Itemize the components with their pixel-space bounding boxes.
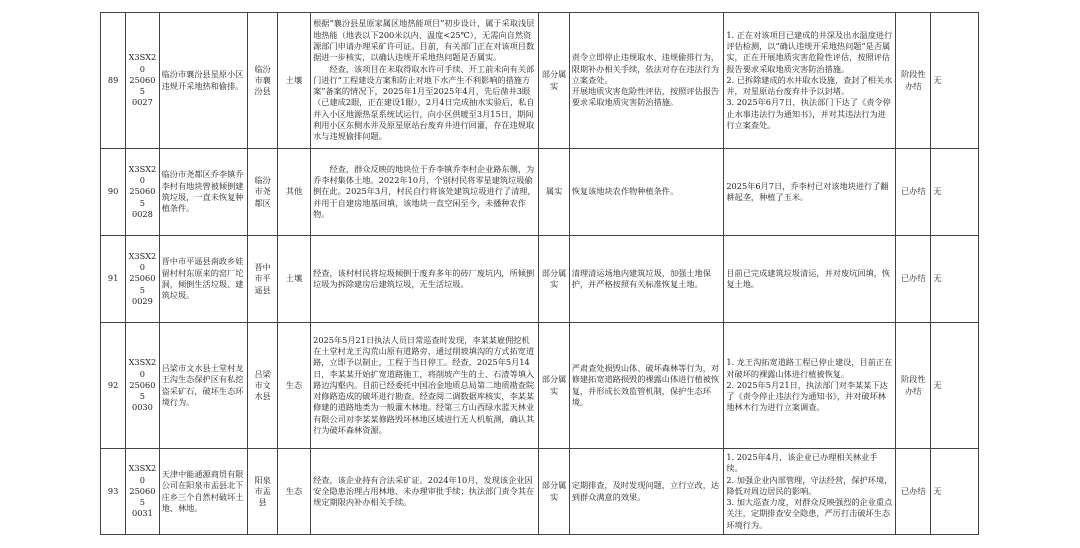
rectification-progress: 目前已完成建筑垃圾清运，并对废坑回填，恢复土地。 [724,236,896,323]
verdict: 部分属实 [539,236,569,323]
completion-status: 已办结 [896,236,931,323]
case-code: X3SX20 250605 0027 [126,13,159,149]
case-code: X3SX20 250605 0028 [126,149,159,236]
investigation-finding: 经查，该村村民将垃圾倾倒于废弃多年的砖厂废坑内，所倾倒垃圾为拆除建房后建筑垃圾，… [311,236,539,323]
investigation-finding: 2025年5月21日执法人员日常巡查时发现，李某某雇佣挖机在土堂村龙王沟荒山原有… [311,323,539,449]
investigation-finding: 根据“襄汾县星原家属区地热能项目”初步设计，属于采取浅层地热能（地表以下200米… [311,13,539,149]
administrative-area: 吕梁市文水县 [248,323,277,449]
row-number: 93 [101,449,126,535]
case-code: X3SX20 250605 0029 [126,236,159,323]
administrative-area: 临汾市尧都区 [248,149,277,236]
table-row: 90 X3SX20 250605 0028 临汾市尧都区乔李镇乔李村有地块曾被倾… [101,149,979,236]
rectification-measures: 严肃查处损毁山体、破坏森林等行为，对修建拓宽道路损毁的裸露山体进行植被恢复，并形… [569,323,724,449]
rectification-measures: 清理清运场地内建筑垃圾，加强土地保护，并严格按照有关标准恢复土地。 [569,236,724,323]
completion-status: 已办结 [896,149,931,236]
case-code: X3SX20 250605 0031 [126,449,159,535]
table-row: 92 X3SX20 250605 0030 吕梁市文水县土堂村龙王沟生态保护区有… [101,323,979,449]
issue-description: 临汾市尧都区乔李镇乔李村有地块曾被倾倒建筑垃圾，一直未恢复种植条件。 [159,149,248,236]
administrative-area: 临汾市襄汾县 [248,13,277,149]
investigation-finding: 经查，群众反映的地块位于乔李镇乔李村企业路东侧，为乔李村集体土地。2022年10… [311,149,539,236]
rectification-measures: 恢复该地块农作物种植条件。 [569,149,724,236]
rectification-progress: 2025年6月7日，乔李村已对该地块进行了翻耕起垄，种植了玉米。 [724,149,896,236]
verdict: 属实 [539,149,569,236]
accountability: 无 [931,236,979,323]
completion-status: 已办结 [896,449,931,535]
issue-description: 吕梁市文水县土堂村龙王沟生态保护区有私挖盗采矿石，破坏生态环境行为。 [159,323,248,449]
table-row: 91 X3SX20 250605 0029 晋中市平遥县南政乡娃留村村东原来的窑… [101,236,979,323]
pollution-type: 土壤 [277,236,310,323]
table-row: 89 X3SX20 250605 0027 临汾市襄汾县星原小区违规开采地热和偷… [101,13,979,149]
rectification-measures: 定期排查，及时发现问题，立行立改，达到群众满意的效果。 [569,449,724,535]
rectification-measures: 责令立即停止违规取水、违规偷排行为，限期补办相关手续，依法对存在违法行为立案查处… [569,13,724,149]
completion-status: 阶段性办结 [896,13,931,149]
issue-description: 临汾市襄汾县星原小区违规开采地热和偷排。 [159,13,248,149]
rectification-progress: 1. 龙王沟拓宽道路工程已停止建设，目前正在对破坏的裸露山体进行植被恢复。 2.… [724,323,896,449]
row-number: 89 [101,13,126,149]
investigation-finding: 经查，该企业持有合法采矿证。2024年10月，发现该企业因安全隐患治理占用林地、… [311,449,539,535]
rectification-progress: 1. 2025年4月，该企业已办理相关林业手续。 2. 加强企业内部管理，守法经… [724,449,896,535]
row-number: 92 [101,323,126,449]
accountability: 无 [931,149,979,236]
issue-description: 晋中市平遥县南政乡娃留村村东原来的窑厂坨洞，倾倒生活垃圾、建筑垃圾。 [159,236,248,323]
row-number: 91 [101,236,126,323]
administrative-area: 晋中市平遥县 [248,236,277,323]
pollution-type: 其他 [277,149,310,236]
accountability: 无 [931,13,979,149]
case-code: X3SX20 250605 0030 [126,323,159,449]
pollution-type: 生态 [277,449,310,535]
issue-description: 天津中能通源商贸有限公司在阳泉市盂县北下庄乡三个自然村破坏土地、林地。 [159,449,248,535]
accountability: 无 [931,323,979,449]
complaint-table: 89 X3SX20 250605 0027 临汾市襄汾县星原小区违规开采地热和偷… [100,12,979,535]
completion-status: 阶段性办结 [896,323,931,449]
pollution-type: 土壤 [277,13,310,149]
pollution-type: 生态 [277,323,310,449]
verdict: 部分属实 [539,449,569,535]
verdict: 部分属实 [539,323,569,449]
row-number: 90 [101,149,126,236]
administrative-area: 阳泉市盂县 [248,449,277,535]
table-row: 93 X3SX20 250605 0031 天津中能通源商贸有限公司在阳泉市盂县… [101,449,979,535]
accountability: 无 [931,449,979,535]
rectification-progress: 1. 正在对该项目已建成的井深及出水温度进行评估检测，以“确认违规开采地热问题”… [724,13,896,149]
verdict: 部分属实 [539,13,569,149]
